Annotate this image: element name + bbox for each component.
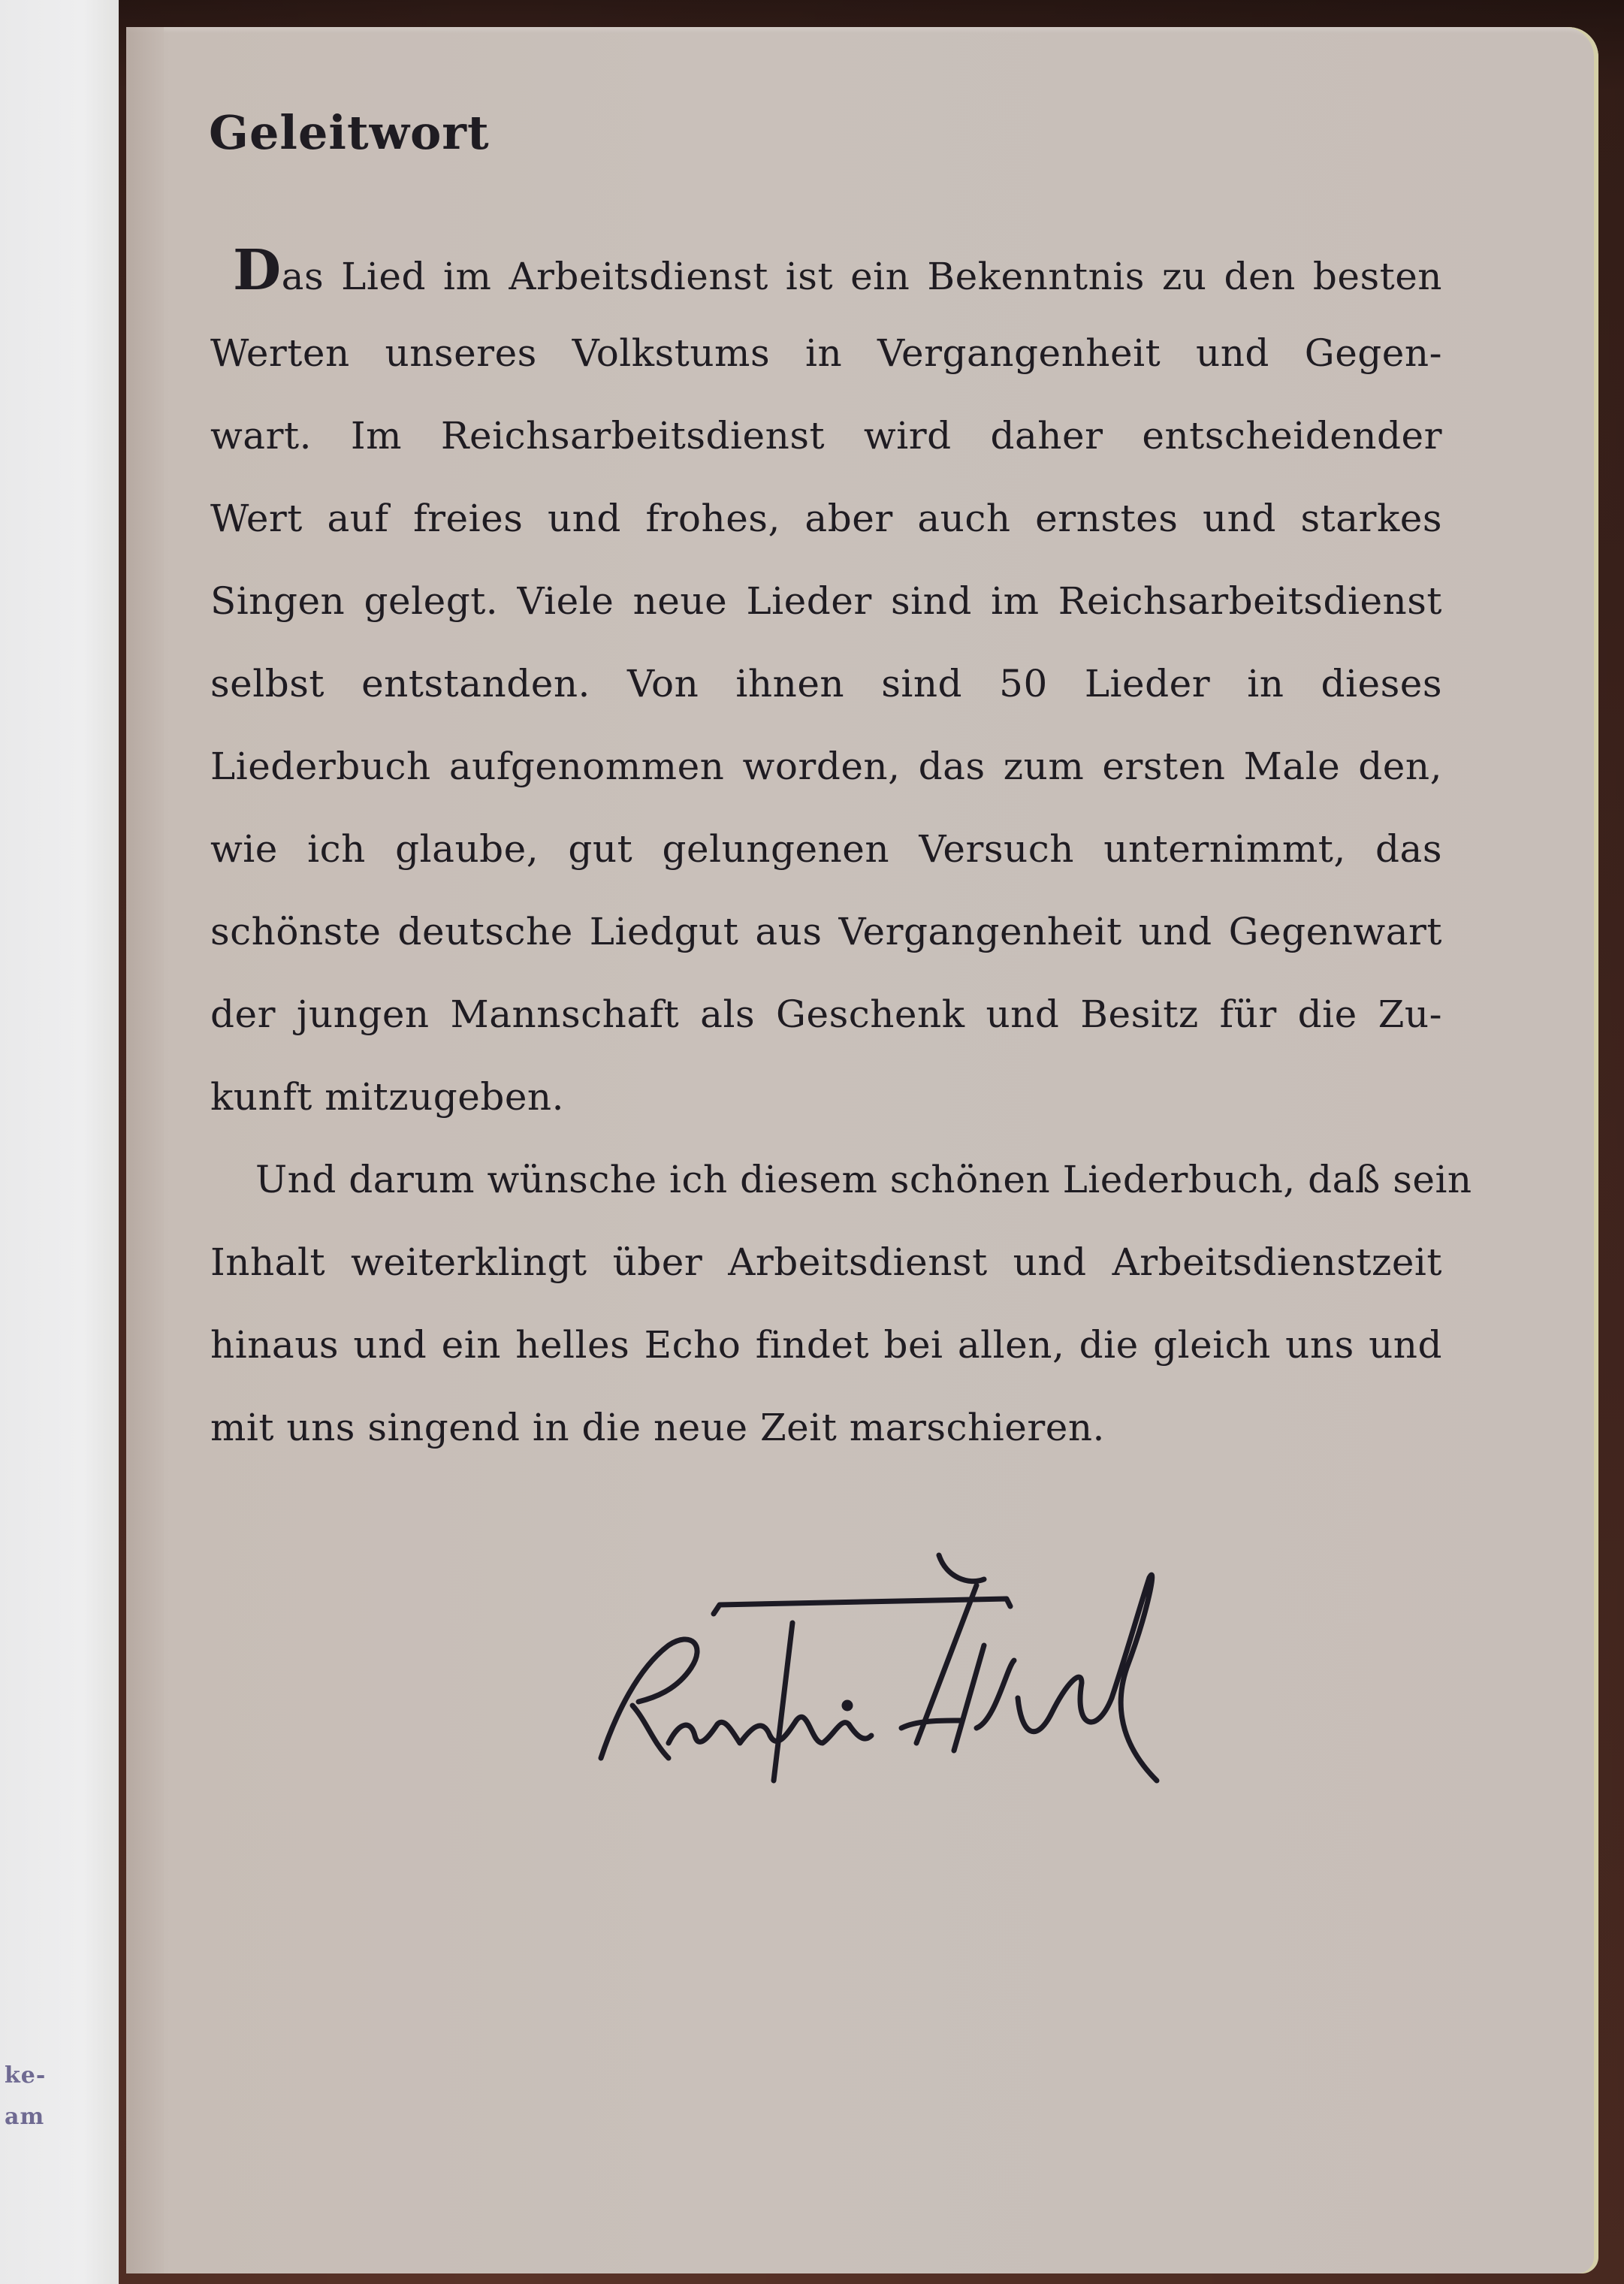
text-line-content: as Lied im Arbeitsdienst ist ein Bekennt… <box>282 255 1442 298</box>
text-line: wart. Im Reichsarbeitsdienst wird daher … <box>210 394 1442 477</box>
signature-icon: Konstantin Hierl <box>586 1533 1457 1788</box>
text-line: Das Lied im Arbeitsdienst ist ein Bekenn… <box>210 229 1442 312</box>
page-content: Geleitwort Das Lied im Arbeitsdienst ist… <box>210 105 1442 1469</box>
text-line: Wert auf freies und frohes, aber auch er… <box>210 477 1442 560</box>
text-line: schönste deutsche Liedgut aus Vergangenh… <box>210 890 1442 973</box>
text-line: Inhalt weiterklingt über Arbeitsdienst u… <box>210 1221 1442 1304</box>
paragraph-1: Das Lied im Arbeitsdienst ist ein Bekenn… <box>210 229 1442 1138</box>
text-line: kunft mitzugeben. <box>210 1056 1442 1138</box>
handwritten-signature: Konstantin Hierl <box>586 1533 1457 1788</box>
text-line: selbst entstanden. Von ihnen sind 50 Lie… <box>210 642 1442 725</box>
left-page-text-fragment: am <box>5 2104 44 2130</box>
text-line: der jungen Mannschaft als Geschenk und B… <box>210 973 1442 1056</box>
facing-page-left: ke- am <box>0 0 119 2284</box>
drop-cap: D <box>233 238 282 303</box>
text-line: wie ich glaube, gut gelungenen Versuch u… <box>210 808 1442 890</box>
left-page-text-fragment: ke- <box>5 2062 46 2089</box>
text-line: Singen gelegt. Viele neue Lieder sind im… <box>210 560 1442 642</box>
text-line: Und darum wünsche ich diesem schönen Lie… <box>210 1138 1442 1221</box>
text-line: Liederbuch aufgenommen worden, das zum e… <box>210 725 1442 808</box>
page-heading: Geleitwort <box>209 105 1442 160</box>
page-gutter-shadow <box>126 27 164 2273</box>
text-line: hinaus und ein helles Echo findet bei al… <box>210 1304 1442 1386</box>
text-line: Werten unseres Volkstums in Vergangenhei… <box>210 312 1442 394</box>
text-line: mit uns singend in die neue Zeit marschi… <box>210 1386 1442 1469</box>
paragraph-2: Und darum wünsche ich diesem schönen Lie… <box>210 1138 1442 1469</box>
